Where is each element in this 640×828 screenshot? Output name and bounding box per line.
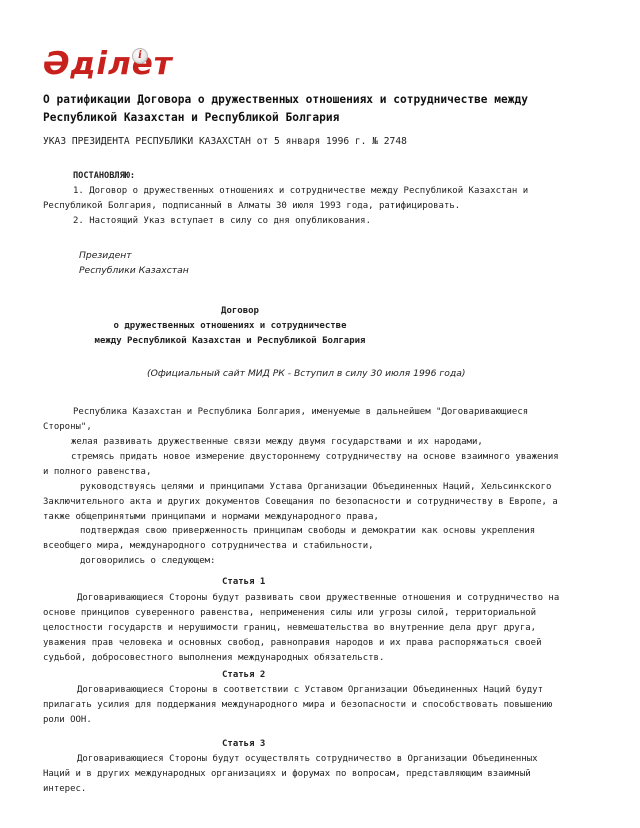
preamble-line: Республика Казахстан и Республика Болгар… [73,405,528,421]
article-1-line: основе принципов суверенного равенства, … [43,606,536,622]
article-2-line: прилагать усилия для поддержания междуна… [43,698,552,714]
article-1-line: уважения прав человека и основных свобод… [43,636,542,652]
treaty-title-line-1: Договор [0,304,480,320]
preamble-line: руководствуясь целями и принципами Устав… [80,480,551,496]
article-3-line: Наций и в других международных организац… [43,767,531,783]
article-2-heading: Статья 2 [222,668,265,684]
document-page: Әділет i О ратификации Договора о дружес… [0,0,640,828]
signature-line-1: Президент [79,248,132,264]
source-note: (Официальный сайт МИД РК - Вступил в сил… [147,366,465,382]
preamble-line: стремясь придать новое измерение двустор… [71,450,559,466]
decree-reference: УКАЗ ПРЕЗИДЕНТА РЕСПУБЛИКИ КАЗАХСТАН от … [43,136,407,147]
document-title: О ратификации Договора о дружественных о… [43,91,603,127]
logo-text: Әділет [43,46,173,82]
treaty-title-line-2: о дружественных отношениях и сотрудничес… [0,319,460,335]
preamble-line: желая развивать дружественные связи межд… [71,435,483,451]
article-1-heading: Статья 1 [222,575,265,591]
article-1-line: судьбой, добросовестного выполнения межд… [43,651,384,667]
treaty-title-line-3: между Республикой Казахстан и Республико… [0,334,460,350]
article-3-line: интерес. [43,782,86,798]
article-3-line: Договаривающиеся Стороны будут осуществл… [77,752,538,768]
resolve-heading: ПОСТАНОВЛЯЮ: [73,169,135,185]
title-line-1: О ратификации Договора о дружественных о… [43,91,603,109]
point-1-line-1: 1. Договор о дружественных отношениях и … [73,184,528,200]
article-2-line: роли ООН. [43,713,92,729]
article-3-heading: Статья 3 [222,737,265,753]
preamble-line: всеобщего мира, международного сотруднич… [43,539,374,555]
article-1-line: целостности государств и нерушимости гра… [43,621,536,637]
preamble-line: Заключительного акта и других документов… [43,495,558,511]
title-line-2: Республикой Казахстан и Республикой Болг… [43,109,603,127]
preamble-line: и полного равенства, [43,465,151,481]
info-icon: i [132,48,148,64]
article-2-line: Договаривающиеся Стороны в соответствии … [77,683,543,699]
adilet-logo[interactable]: Әділет i [43,46,173,82]
preamble-line: договорились о следующем: [80,554,215,570]
signature-line-2: Республики Казахстан [79,263,189,279]
preamble-line: Стороны", [43,420,92,436]
point-1-line-2: Республикой Болгария, подписанный в Алма… [43,199,460,215]
article-1-line: Договаривающиеся Стороны будут развивать… [77,591,559,607]
point-2: 2. Настоящий Указ вступает в силу со дня… [73,214,371,230]
preamble-line: подтверждая свою приверженность принципа… [80,524,535,540]
